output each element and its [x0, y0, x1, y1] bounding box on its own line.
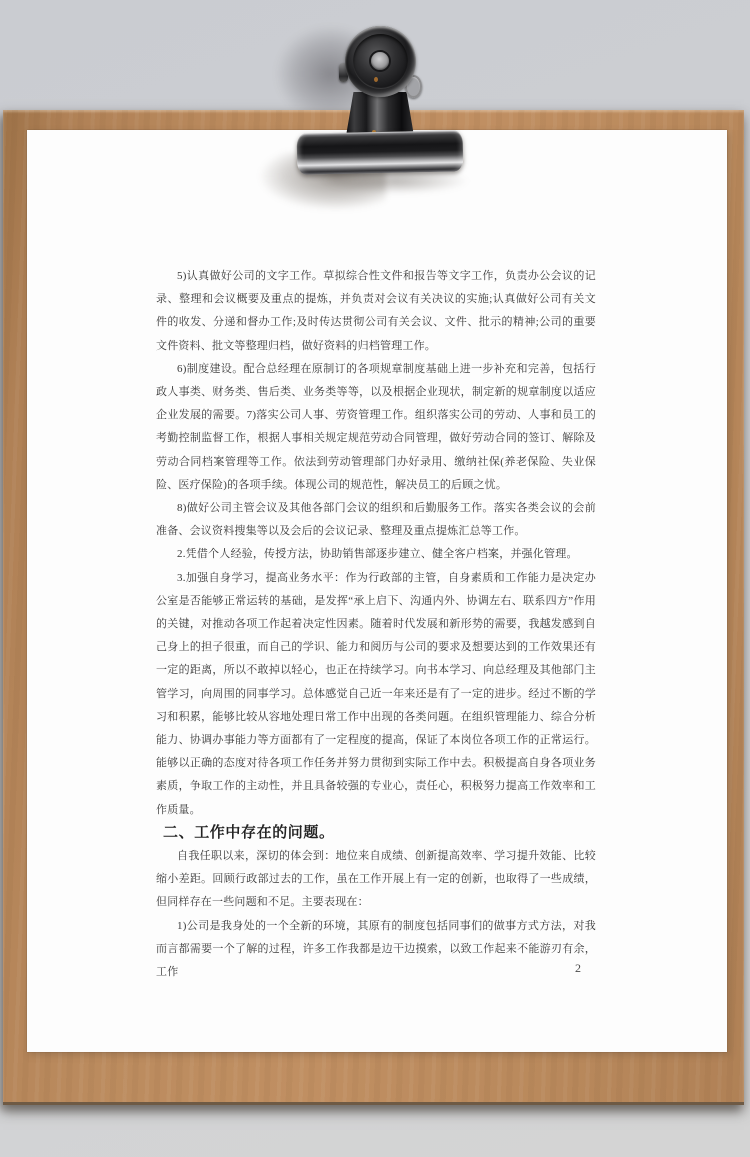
clip-shadow-on-wall — [276, 26, 364, 122]
document-text: 5)认真做好公司的文字工作。草拟综合性文件和报告等文字工作，负责办公会议的记录、… — [156, 265, 596, 984]
photo-scene: 5)认真做好公司的文字工作。草拟综合性文件和报告等文字工作，负责办公会议的记录、… — [0, 0, 750, 1157]
paragraph: 6)制度建设。配合总经理在原制订的各项规章制度基础上进一步补充和完善，包括行政人… — [156, 358, 596, 497]
paragraph: 8)做好公司主管会议及其他各部门会议的组织和后勤服务工作。落实各类会议的会前准备… — [156, 497, 596, 543]
page-number: 2 — [156, 961, 581, 975]
paper-sheet: 5)认真做好公司的文字工作。草拟综合性文件和报告等文字工作，负责办公会议的记录、… — [27, 130, 727, 1052]
paragraph: 自我任职以来，深切的体会到：地位来自成绩、创新提高效率、学习提升效能、比较缩小差… — [156, 845, 596, 915]
section-heading: 二、工作中存在的问题。 — [156, 822, 596, 845]
paragraph: 5)认真做好公司的文字工作。草拟综合性文件和报告等文字工作，负责办公会议的记录、… — [156, 265, 596, 358]
paragraph: 2.凭借个人经验，传授方法，协助销售部逐步建立、健全客户档案，并强化管理。 — [156, 543, 596, 566]
paragraph: 3.加强自身学习，提高业务水平：作为行政部的主管，自身素质和工作能力是决定办公室… — [156, 567, 596, 822]
clip-shadow-on-paper — [320, 168, 470, 194]
